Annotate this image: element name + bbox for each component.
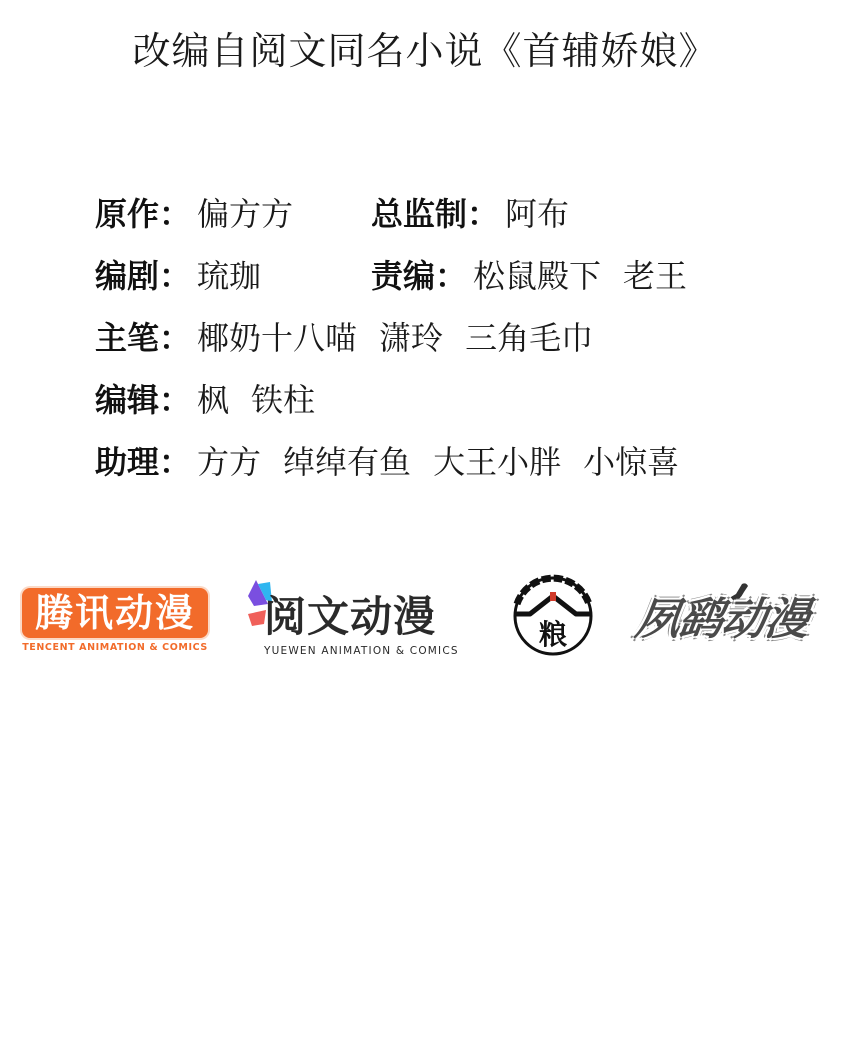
adaptation-subtitle: 改编自阅文同名小说《首辅娇娘》 — [0, 26, 850, 76]
credit-row: 编辑：枫铁柱 — [95, 376, 795, 438]
credits-list: 原作：偏方方 总监制：阿布 编剧：琉珈 责编：松鼠殿下老王 主笔：椰奶十八喵潇玲… — [95, 190, 795, 500]
credit-role: 编剧 — [95, 257, 159, 295]
credit-row: 助理：方方绰绰有鱼大王小胖小惊喜 — [95, 438, 795, 500]
credit-original-author: 原作：偏方方 — [95, 190, 293, 238]
credit-role: 总监制 — [371, 195, 467, 233]
credit-role: 编辑 — [95, 381, 159, 419]
credit-editor: 编辑：枫铁柱 — [95, 376, 315, 424]
credit-name: 琉珈 — [197, 257, 261, 295]
credit-separator: ： — [159, 319, 191, 357]
liang-logo-mark: 粮 — [539, 618, 567, 651]
credit-role: 原作 — [95, 195, 159, 233]
credit-name: 老王 — [623, 257, 687, 295]
liang-seal-emblem-icon: 粮 — [508, 574, 598, 658]
credit-name: 绰绰有鱼 — [283, 443, 411, 481]
credit-chief-supervisor: 总监制：阿布 — [371, 190, 569, 238]
yuewen-logo-mark: 阅文动漫 — [264, 592, 436, 642]
liang-studio-logo: 粮 — [508, 574, 598, 658]
credit-role: 主笔 — [95, 319, 159, 357]
credit-name: 小惊喜 — [583, 443, 679, 481]
tencent-logo-mark: 腾讯动漫 — [22, 588, 208, 638]
credit-name: 松鼠殿下 — [473, 257, 601, 295]
yuewen-animation-logo: 阅文动漫 YUEWEN ANIMATION & COMICS — [246, 576, 466, 660]
credit-separator: ： — [159, 443, 191, 481]
credit-separator: ： — [467, 195, 499, 233]
credit-separator: ： — [159, 257, 191, 295]
credit-name: 枫 — [197, 381, 229, 419]
credit-row: 编剧：琉珈 责编：松鼠殿下老王 — [95, 252, 795, 314]
credit-role: 助理 — [95, 443, 159, 481]
credit-responsible-editor: 责编：松鼠殿下老王 — [371, 252, 687, 300]
credit-name: 大王小胖 — [433, 443, 561, 481]
tencent-animation-logo: 腾讯动漫 TENCENT ANIMATION & COMICS — [22, 588, 208, 658]
feng-animation-logo: 夙鹞动漫 — [632, 580, 822, 650]
yuewen-logo-subtitle: YUEWEN ANIMATION & COMICS — [264, 645, 459, 657]
credit-name: 方方 — [197, 443, 261, 481]
credit-row: 主笔：椰奶十八喵潇玲三角毛巾 — [95, 314, 795, 376]
credit-separator: ： — [435, 257, 467, 295]
credit-lead-artist: 主笔：椰奶十八喵潇玲三角毛巾 — [95, 314, 593, 362]
credit-assistant: 助理：方方绰绰有鱼大王小胖小惊喜 — [95, 438, 679, 486]
credit-row: 原作：偏方方 总监制：阿布 — [95, 190, 795, 252]
credit-separator: ： — [159, 381, 191, 419]
partner-logos: 腾讯动漫 TENCENT ANIMATION & COMICS 阅文动漫 YUE… — [0, 570, 850, 670]
credit-name: 三角毛巾 — [465, 319, 593, 357]
credit-separator: ： — [159, 195, 191, 233]
credit-role: 责编 — [371, 257, 435, 295]
feng-logo-mark: 夙鹞动漫 — [632, 594, 811, 646]
credit-name: 阿布 — [505, 195, 569, 233]
credit-name: 铁柱 — [251, 381, 315, 419]
credit-name: 偏方方 — [197, 195, 293, 233]
tencent-logo-subtitle: TENCENT ANIMATION & COMICS — [22, 642, 208, 653]
credit-name: 潇玲 — [379, 319, 443, 357]
credit-screenwriter: 编剧：琉珈 — [95, 252, 261, 300]
credit-name: 椰奶十八喵 — [197, 319, 357, 357]
